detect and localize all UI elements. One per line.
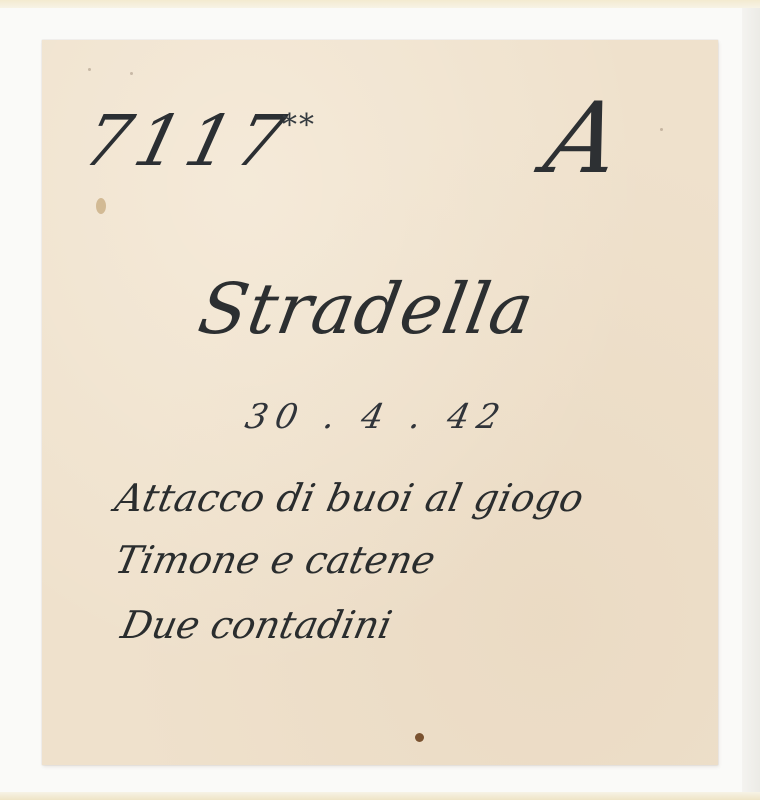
catalog-number: 7117 xyxy=(76,100,299,182)
description-line: Attacco di buoi al giogo xyxy=(111,476,588,520)
description-line: Due contadini xyxy=(117,603,396,647)
paper-speck xyxy=(88,68,91,71)
frame-bottom-edge xyxy=(0,792,760,800)
ink-blot xyxy=(96,198,106,214)
frame-top-edge xyxy=(0,0,760,8)
description-line: Timone e catene xyxy=(111,538,439,582)
mount-right-edge xyxy=(742,8,760,792)
paper-speck xyxy=(130,72,133,75)
date: 30 . 4 . 42 xyxy=(242,397,512,437)
foxing-spot xyxy=(415,733,424,742)
place-name: Stradella xyxy=(193,268,540,350)
paper-speck xyxy=(660,128,663,131)
catalog-star-marks: ** xyxy=(282,108,316,143)
